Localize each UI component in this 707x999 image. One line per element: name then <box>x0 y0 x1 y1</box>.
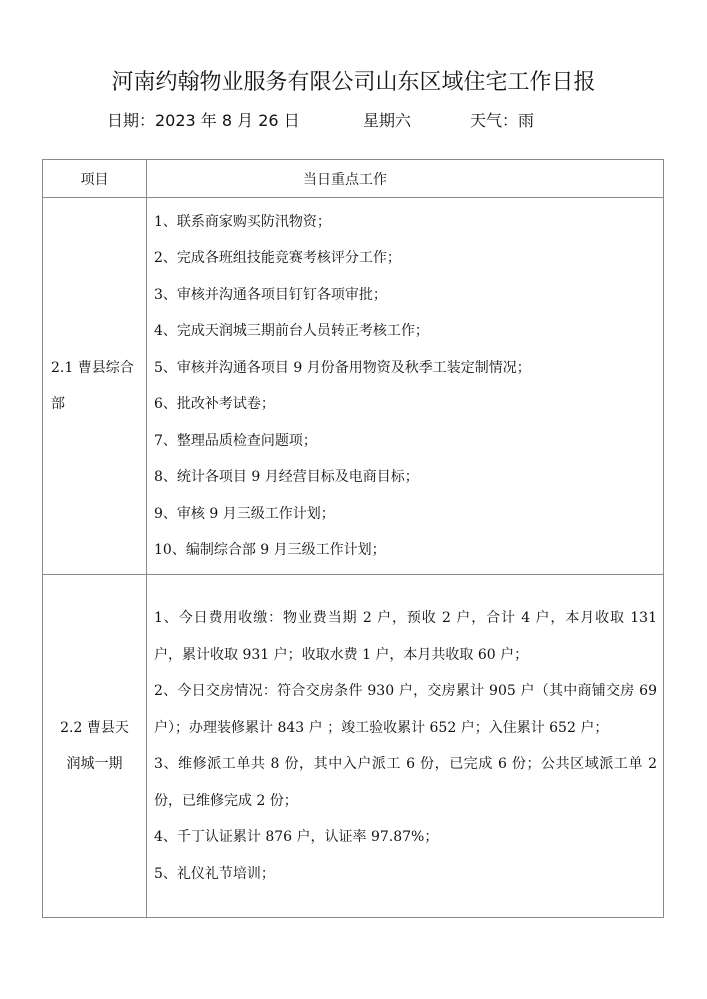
table-row: 2.1 曹县综合部 1、联系商家购买防汛物资； 2、完成各班组技能竞赛考核评分工… <box>43 198 664 575</box>
work-item: 3、审核并沟通各项目钉钉各项审批； <box>154 277 657 314</box>
report-weekday: 星期六 <box>363 108 411 134</box>
daily-report-table: 项目 当日重点工作 2.1 曹县综合部 1、联系商家购买防汛物资； 2、完成各班… <box>42 159 664 918</box>
report-date: 日期：2023 年 8 月 26 日 <box>107 108 300 134</box>
section-project-text: 2.1 曹县综合部 <box>51 350 139 422</box>
work-item: 3、维修派工单共 8 份，其中入户派工 6 份，已完成 6 份；公共区域派工单 … <box>154 746 657 819</box>
work-item: 1、联系商家购买防汛物资； <box>154 204 657 241</box>
work-item: 4、完成天润城三期前台人员转正考核工作； <box>154 313 657 350</box>
work-item: 5、审核并沟通各项目 9 月份备用物资及秋季工装定制情况； <box>154 350 657 387</box>
work-item: 9、审核 9 月三级工作计划； <box>154 496 657 533</box>
section-project-text: 2.2 曹县天润城一期 <box>55 710 135 782</box>
table-header-row: 项目 当日重点工作 <box>43 160 664 198</box>
section-work-list: 1、联系商家购买防汛物资； 2、完成各班组技能竞赛考核评分工作； 3、审核并沟通… <box>147 198 664 575</box>
report-title: 河南约翰物业服务有限公司山东区域住宅工作日报 <box>0 68 707 98</box>
work-item: 7、整理品质检查问题项； <box>154 423 657 460</box>
work-item: 10、编制综合部 9 月三级工作计划； <box>154 532 657 569</box>
work-item: 1、今日费用收缴：物业费当期 2 户，预收 2 户，合计 4 户，本月收取 13… <box>154 600 657 673</box>
work-item: 6、批改补考试卷； <box>154 386 657 423</box>
section-project-label: 2.1 曹县综合部 <box>43 198 147 575</box>
work-item: 2、今日交房情况：符合交房条件 930 户，交房累计 905 户（其中商铺交房 … <box>154 673 657 746</box>
report-weather: 天气：雨 <box>470 108 534 134</box>
table-row: 2.2 曹县天润城一期 1、今日费用收缴：物业费当期 2 户，预收 2 户，合计… <box>43 575 664 918</box>
header-project: 项目 <box>43 160 147 198</box>
work-item: 4、千丁认证累计 876 户，认证率 97.87%； <box>154 819 657 856</box>
work-item: 2、完成各班组技能竞赛考核评分工作； <box>154 240 657 277</box>
section-project-label: 2.2 曹县天润城一期 <box>43 575 147 918</box>
section-work-list: 1、今日费用收缴：物业费当期 2 户，预收 2 户，合计 4 户，本月收取 13… <box>147 575 664 918</box>
work-item: 8、统计各项目 9 月经营目标及电商目标； <box>154 459 657 496</box>
work-item: 5、礼仪礼节培训； <box>154 856 657 893</box>
header-work: 当日重点工作 <box>147 160 664 198</box>
